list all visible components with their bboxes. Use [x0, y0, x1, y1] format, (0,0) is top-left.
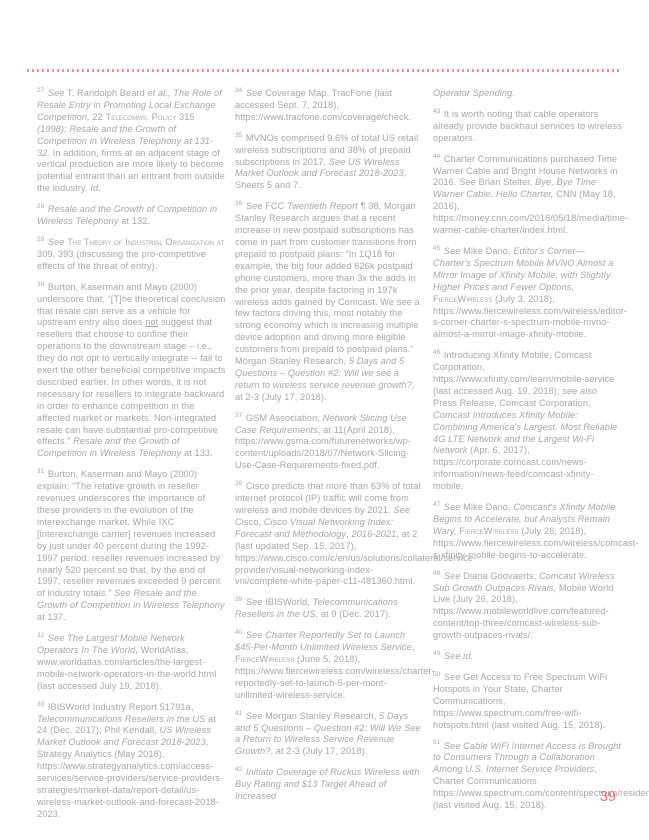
footnote-continuation: Operator Spending.: [433, 88, 622, 100]
footnote-number: 41: [235, 710, 242, 717]
page-number: 39: [600, 789, 616, 805]
footnote-text: See: [246, 711, 263, 721]
dotted-divider: [27, 69, 622, 72]
footnote-text: ¶ 38; Morgan Stanley Research argues tha…: [235, 201, 420, 366]
footnote-28: 28 Resale and the Growth of Competition …: [37, 204, 226, 228]
footnote-text: 22: [90, 112, 106, 122]
footnote-number: 40: [235, 629, 242, 636]
footnote-31: 31 Burton, Kaserman and Mayo (2000) expl…: [37, 469, 226, 624]
footnotes-section: 27 See T. Randolph Beard et al., The Rol…: [37, 88, 622, 830]
footnote-number: 44: [433, 153, 440, 160]
footnote-text: See Cable WiFi Internet Access is Brough…: [433, 741, 621, 775]
footnote-42: 42 Initiate Coverage of Ruckus Wireless …: [235, 767, 424, 803]
footnote-text: Telecomms. Policy: [106, 112, 177, 122]
footnote-text: See Charter Reportedly Set to Launch $45…: [235, 630, 412, 652]
footnote-34: 34 See Coverage Map, TracFone (last acce…: [235, 88, 424, 124]
footnote-column-2: 34 See Coverage Map, TracFone (last acce…: [235, 88, 424, 830]
footnote-40: 40 See Charter Reportedly Set to Launch …: [235, 630, 424, 701]
footnote-text: IBISWorld Industry Report 51791a,: [48, 702, 194, 712]
footnote-36: 36 See FCC Twentieth Report ¶ 38; Morgan…: [235, 201, 424, 403]
footnote-35: 35 MVNOs comprised 9.6% of total US reta…: [235, 133, 424, 193]
footnote-text: at 132.: [119, 216, 150, 226]
footnote-number: 35: [235, 132, 242, 139]
footnote-text: , at 2-3 (July 17, 2018).: [270, 746, 367, 756]
footnote-text: FierceWireless: [235, 654, 294, 664]
footnote-text: T. Randolph Beard: [65, 88, 148, 98]
footnote-text: In addition, firms at an adjacent stage …: [37, 148, 225, 194]
footnote-text: FierceWireless: [433, 294, 492, 304]
footnote-37: 37 GSM Association, Network Slicing Use …: [235, 413, 424, 473]
footnote-51: 51 See Cable WiFi Internet Access is Bro…: [433, 741, 622, 812]
footnote-39: 39 See IBISWorld, Telecommunications Res…: [235, 597, 424, 621]
footnote-text: suggest that resellers that choose to co…: [37, 317, 225, 446]
footnote-number: 48: [433, 570, 440, 577]
footnote-number: 47: [433, 501, 440, 508]
footnote-43: 43 It is worth noting that cable operato…: [433, 109, 622, 145]
footnote-number: 46: [433, 349, 440, 356]
footnote-44: 44 Charter Communications purchased Time…: [433, 154, 622, 237]
footnote-32: 32 See The Largest Mobile Network Operat…: [37, 633, 226, 693]
footnote-number: 27: [37, 87, 44, 94]
footnote-text: See: [444, 571, 461, 581]
footnote-number: 45: [433, 245, 440, 252]
footnote-text: See: [393, 505, 410, 515]
footnote-text: 2016-2021: [352, 529, 397, 539]
footnote-text: See: [444, 502, 461, 512]
footnote-number: 50: [433, 671, 440, 678]
footnote-text: GSM Association,: [246, 413, 323, 423]
footnote-number: 37: [235, 412, 242, 419]
footnote-text: , Strategy Analytics (May 2018), https:/…: [37, 737, 223, 818]
footnote-number: 31: [37, 468, 44, 475]
footnote-text: Press Release, Comcast Corporation,: [433, 398, 591, 408]
footnote-text: Morgan Stanley Research,: [263, 711, 379, 721]
footnote-number: 38: [235, 480, 242, 487]
footnote-text: Mike Dano,: [461, 502, 514, 512]
footnote-text: 309, 393 (discussing the pro-competitive…: [37, 249, 206, 271]
footnote-text: Id.: [90, 183, 101, 193]
footnote-text: See: [444, 672, 461, 682]
footnote-text: see also: [562, 386, 597, 396]
footnote-number: 51: [433, 739, 440, 746]
footnote-number: 33: [37, 701, 44, 708]
footnote-text: Burton, Kaserman and Mayo (2000) explain…: [37, 469, 220, 598]
footnote-29: 29 See The Theory of Industrial Organiza…: [37, 237, 226, 273]
footnote-text: ,: [571, 282, 574, 292]
footnote-number: 34: [235, 87, 242, 94]
footnote-text: Brian Stelter,: [476, 177, 535, 187]
footnote-41: 41 See Morgan Stanley Research, 5 Days a…: [235, 711, 424, 759]
footnote-number: 28: [37, 203, 44, 210]
footnote-48: 48 See Diana Goovaerts, Comcast Wireless…: [433, 571, 622, 642]
footnote-47: 47 See Mike Dano, Comcast's Xfinity Mobi…: [433, 502, 622, 562]
footnote-number: 39: [235, 596, 242, 603]
footnote-text: See: [48, 88, 65, 98]
footnote-text: Mike Dano,: [461, 246, 514, 256]
footnote-27: 27 See T. Randolph Beard et al., The Rol…: [37, 88, 226, 195]
footnote-text: See: [48, 237, 65, 247]
footnote-text: See id.: [444, 651, 473, 661]
footnote-number: 43: [433, 108, 440, 115]
footnote-text: at 137.: [37, 612, 66, 622]
footnote-text: See: [444, 246, 461, 256]
footnote-text: Cisco,: [235, 517, 264, 527]
footnote-text: FierceWireless: [459, 526, 518, 536]
footnote-text: FCC: [263, 201, 288, 211]
footnote-column-1: 27 See T. Randolph Beard et al., The Rol…: [37, 88, 226, 830]
footnote-text: Twentieth Report: [287, 201, 358, 211]
footnote-38: 38 Cisco predicts that more than 63% of …: [235, 481, 424, 588]
footnote-number: 29: [37, 236, 44, 243]
footnote-33: 33 IBISWorld Industry Report 51791a, Tel…: [37, 702, 226, 821]
document-page: 27 See T. Randolph Beard et al., The Rol…: [0, 0, 649, 840]
footnote-text: The Theory of Industrial Organization at: [67, 237, 224, 247]
footnote-text: , at 9 (Dec. 2017).: [316, 609, 391, 619]
footnote-number: 49: [433, 650, 440, 657]
footnote-text: Initiate Coverage of Ruckus Wireless wit…: [235, 767, 419, 801]
footnote-text: Operator Spending.: [433, 88, 515, 98]
footnote-49: 49 See id.: [433, 651, 622, 663]
footnote-text: See: [459, 177, 476, 187]
footnote-number: 36: [235, 200, 242, 207]
footnote-text: It is worth noting that cable operators …: [433, 109, 622, 143]
footnote-number: 30: [37, 281, 44, 288]
footnote-50: 50 See Get Access to Free Spectrum WiFi …: [433, 672, 622, 732]
footnote-number: 42: [235, 766, 242, 773]
footnote-number: 32: [37, 632, 44, 639]
footnote-text: See: [246, 88, 263, 98]
footnote-text: IBISWorld,: [263, 597, 313, 607]
footnote-text: Telecommunications Resellers in the US: [37, 714, 205, 724]
footnote-text: 315: [176, 112, 194, 122]
footnote-text: not: [145, 317, 158, 327]
footnote-30: 30 Burton, Kaserman and Mayo (2000) unde…: [37, 282, 226, 461]
footnote-text: Diana Goovaerts,: [461, 571, 539, 581]
footnote-45: 45 See Mike Dano, Editor's Corner—Charte…: [433, 246, 622, 341]
footnote-46: 46 Introducing Xfinity Mobile, Comcast C…: [433, 350, 622, 493]
footnote-text: See: [246, 201, 263, 211]
footnote-text: ,: [412, 642, 415, 652]
footnote-text: at 133.: [181, 448, 212, 458]
footnote-column-3: Operator Spending.43 It is worth noting …: [433, 88, 622, 830]
footnote-text: See: [246, 597, 263, 607]
